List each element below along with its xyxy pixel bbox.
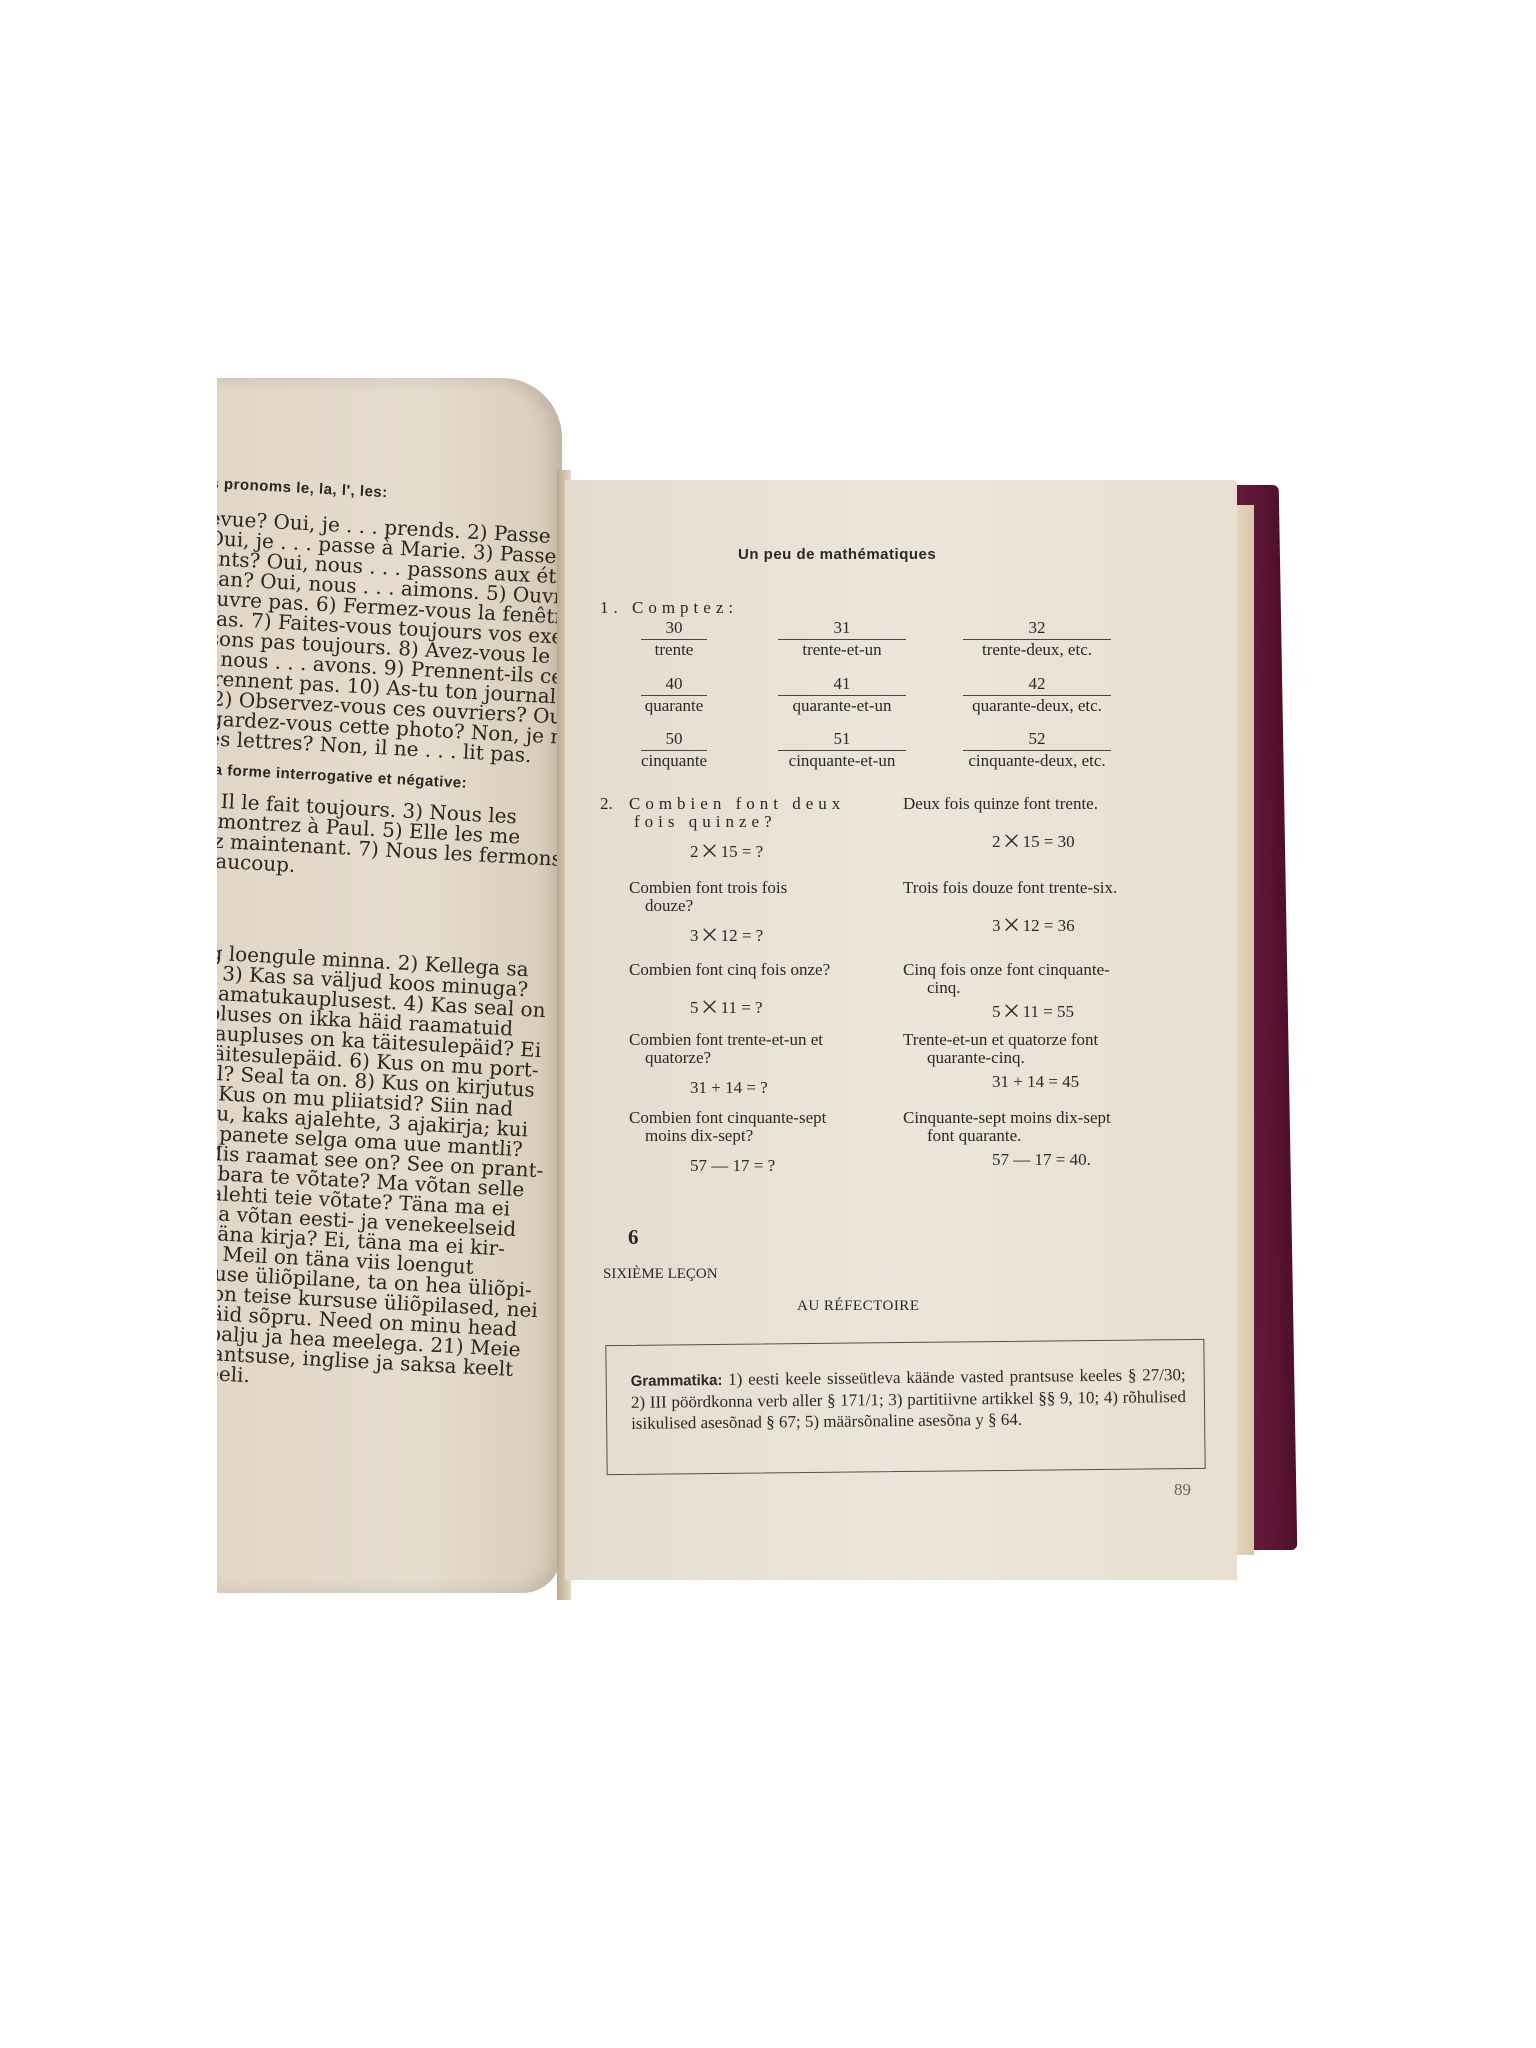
page-number: 89 [1174, 1480, 1191, 1500]
question-equation: 57 — 17 = ? [690, 1156, 775, 1176]
fraction-number: 42 [963, 674, 1111, 696]
fraction-number: 52 [963, 729, 1111, 751]
answer-equation: 2 ⨉ 15 = 30 [992, 832, 1075, 852]
grammar-text: Grammatika: 1) eesti keele sisseütleva k… [631, 1364, 1187, 1434]
fraction-word: cinquante [641, 751, 707, 771]
question-equation: 3 ⨉ 12 = ? [690, 926, 763, 946]
fraction-word: cinquante-deux, etc. [963, 751, 1111, 771]
answer-line-1: Cinq fois onze font cinquante- [903, 960, 1110, 980]
answer-equation: 31 + 14 = 45 [992, 1072, 1079, 1092]
left-page-text: s pronoms le, la, l', les: evue? Oui, je… [217, 474, 562, 1410]
question-equation: 31 + 14 = ? [690, 1078, 768, 1098]
lesson-title: AU RÉFECTOIRE [797, 1298, 919, 1315]
fraction-number: 51 [778, 729, 906, 751]
question-equation: 5 ⨉ 11 = ? [690, 998, 763, 1018]
answer-equation: 57 — 17 = 40. [992, 1150, 1091, 1170]
open-book: s pronoms le, la, l', les: evue? Oui, je… [0, 0, 1536, 2048]
answer-equation: 3 ⨉ 12 = 36 [992, 916, 1075, 936]
fraction-word: quarante-deux, etc. [963, 696, 1111, 716]
fraction-word: quarante [641, 696, 707, 716]
answer-equation: 5 ⨉ 11 = 55 [992, 1002, 1074, 1022]
exercise-2-label: 2. [600, 794, 613, 814]
count-fraction: 50cinquante [641, 729, 707, 771]
answer-line-2: cinq. [927, 978, 961, 998]
fraction-word: quarante-et-un [778, 696, 906, 716]
answer-line-2: font quarante. [927, 1126, 1021, 1146]
question-equation: 2 ⨉ 15 = ? [690, 842, 763, 862]
left-page: s pronoms le, la, l', les: evue? Oui, je… [217, 378, 562, 1593]
count-fraction: 52cinquante-deux, etc. [963, 729, 1111, 771]
answer-line-1: Cinquante-sept moins dix-sept [903, 1108, 1111, 1128]
grammar-box: Grammatika: 1) eesti keele sisseütleva k… [605, 1339, 1205, 1475]
fraction-number: 41 [778, 674, 906, 696]
question-line-1: Combien font cinq fois onze? [629, 960, 830, 980]
count-fraction: 32trente-deux, etc. [963, 618, 1111, 660]
question-line-2: moins dix-sept? [645, 1126, 753, 1146]
fraction-number: 50 [641, 729, 707, 751]
fraction-word: trente-deux, etc. [963, 640, 1111, 660]
left-exercise-1: evue? Oui, je . . . prends. 2) PasseOui,… [217, 508, 562, 777]
count-fraction: 51cinquante-et-un [778, 729, 906, 771]
fraction-word: trente [641, 640, 707, 660]
question-line-1: Combien font trente-et-un et [629, 1030, 823, 1050]
count-fraction: 42quarante-deux, etc. [963, 674, 1111, 716]
question-line-2: fois quinze? [634, 812, 777, 832]
fraction-word: trente-et-un [778, 640, 906, 660]
question-line-1: Combien font deux [629, 794, 845, 814]
count-fraction: 41quarante-et-un [778, 674, 906, 716]
answer-line-1: Trois fois douze font trente-six. [903, 878, 1117, 898]
lesson-label: SIXIÈME LEÇON [603, 1266, 718, 1283]
question-line-2: quatorze? [645, 1048, 711, 1068]
count-fraction: 31trente-et-un [778, 618, 906, 660]
answer-line-1: Deux fois quinze font trente. [903, 794, 1098, 814]
section-title: Un peu de mathématiques [738, 546, 936, 563]
lesson-number: 6 [628, 1225, 639, 1250]
fraction-number: 31 [778, 618, 906, 640]
question-line-1: Combien font trois fois [629, 878, 787, 898]
question-line-2: douze? [645, 896, 693, 916]
fraction-number: 40 [641, 674, 707, 696]
fraction-number: 32 [963, 618, 1111, 640]
exercise-1-label: 1. Comptez: [600, 598, 738, 618]
fraction-number: 30 [641, 618, 707, 640]
left-exercise-3: aeg loengule minna. 2) Kellega saga. 3) … [217, 941, 562, 1410]
answer-line-1: Trente-et-un et quatorze font [903, 1030, 1098, 1050]
fraction-word: cinquante-et-un [778, 751, 906, 771]
answer-line-2: quarante-cinq. [927, 1048, 1025, 1068]
count-fraction: 40quarante [641, 674, 707, 716]
question-line-1: Combien font cinquante-sept [629, 1108, 826, 1128]
count-fraction: 30trente [641, 618, 707, 660]
grammar-label: Grammatika: [631, 1372, 723, 1390]
